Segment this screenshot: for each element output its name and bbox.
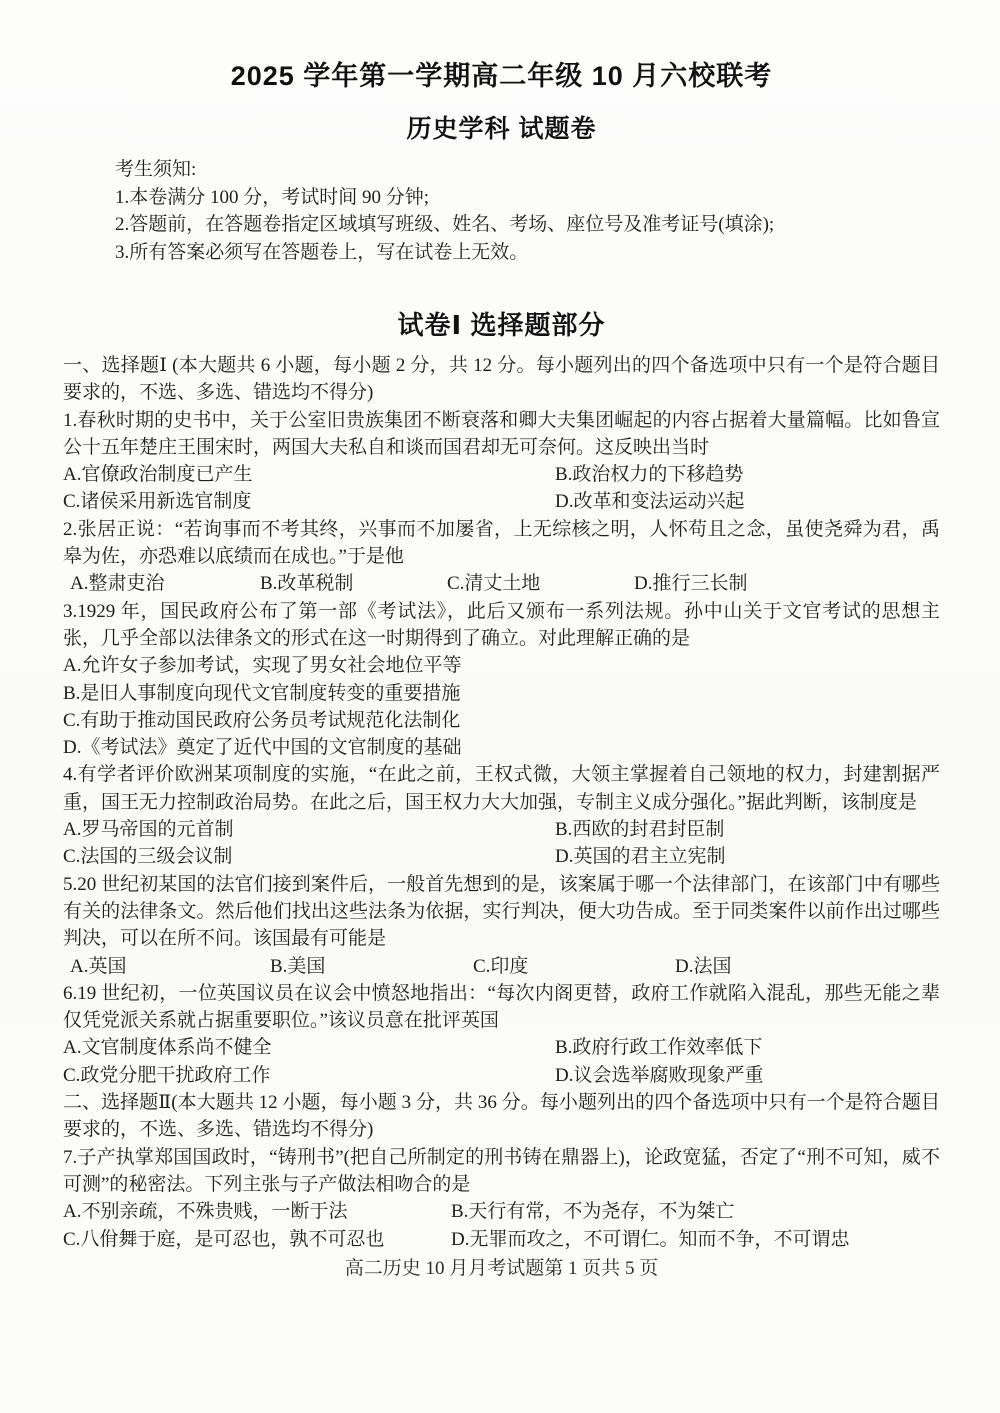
question-4-stem: 4.有学者评价欧洲某项制度的实施，“在此之前，王权式微，大领主掌握着自己领地的权… [63,761,940,816]
question-3-option-b: B.是旧人事制度向现代文官制度转变的重要措施 [63,680,940,707]
question-3-option-d: D.《考试法》奠定了近代中国的文官制度的基础 [63,734,940,761]
question-7: 7.子产执掌郑国国政时，“铸刑书”(把自己所制定的刑书铸在鼎器上)，论政宽猛，否… [63,1144,940,1253]
question-6-option-a: A.文官制度体系尚不健全 [63,1034,555,1061]
question-6-options-row-1: A.文官制度体系尚不健全 B.政府行政工作效率低下 [63,1034,940,1061]
question-1-options-row-2: C.诸侯采用新选官制度 D.改革和变法运动兴起 [63,488,940,515]
paper1-heading: 试卷Ⅰ 选择题部分 [63,310,940,340]
question-5-option-c: C.印度 [473,953,675,980]
question-5-option-a: A.英国 [70,953,270,980]
question-2-stem: 2.张居正说：“若询事而不考其终，兴事而不加屡省，上无综核之明，人怀苟且之念，虽… [63,516,940,571]
exam-sheet: 2025 学年第一学期高二年级 10 月六校联考 历史学科 试题卷 考生须知: … [0,0,1000,1413]
question-6: 6.19 世纪初，一位英国议员在议会中愤怒地指出：“每次内阁更替，政府工作就陷入… [63,980,940,1089]
question-5-options-row: A.英国 B.美国 C.印度 D.法国 [63,953,940,980]
question-7-options-row-2: C.八佾舞于庭，是可忍也，孰不可忍也 D.无罪而攻之，不可谓仁。知而不争，不可谓… [63,1226,940,1253]
question-7-stem: 7.子产执掌郑国国政时，“铸刑书”(把自己所制定的刑书铸在鼎器上)，论政宽猛，否… [63,1144,940,1199]
question-4-option-c: C.法国的三级会议制 [63,843,555,870]
question-7-option-b: B.天行有常，不为尧存，不为桀亡 [451,1198,940,1225]
question-4-option-d: D.英国的君主立宪制 [555,843,940,870]
exam-title: 2025 学年第一学期高二年级 10 月六校联考 [63,60,940,92]
question-5-option-b: B.美国 [270,953,473,980]
question-1-options-row-1: A.官僚政治制度已产生 B.政治权力的下移趋势 [63,461,940,488]
question-6-options-row-2: C.政党分肥干扰政府工作 D.议会选举腐败现象严重 [63,1062,940,1089]
question-4-options-row-2: C.法国的三级会议制 D.英国的君主立宪制 [63,843,940,870]
question-1-option-a: A.官僚政治制度已产生 [63,461,555,488]
question-5: 5.20 世纪初某国的法官们接到案件后，一般首先想到的是，该案属于哪一个法律部门… [63,871,940,980]
question-7-option-c: C.八佾舞于庭，是可忍也，孰不可忍也 [63,1226,451,1253]
question-3-option-c: C.有助于推动国民政府公务员考试规范化法制化 [63,707,940,734]
question-7-option-a: A.不别亲疏，不殊贵贱，一断于法 [63,1198,451,1225]
question-6-stem: 6.19 世纪初，一位英国议员在议会中愤怒地指出：“每次内阁更替，政府工作就陷入… [63,980,940,1035]
question-2: 2.张居正说：“若询事而不考其终，兴事而不加屡省，上无综核之明，人怀苟且之念，虽… [63,516,940,598]
question-3-stem: 3.1929 年，国民政府公布了第一部《考试法》，此后又颁布一系列法规。孙中山关… [63,598,940,653]
question-6-option-c: C.政党分肥干扰政府工作 [63,1062,555,1089]
question-2-option-a: A.整肃吏治 [70,570,260,597]
notice-item-2: 2.答题前，在答题卷指定区域填写班级、姓名、考场、座位号及准考证号(填涂); [115,211,940,239]
question-7-option-d: D.无罪而攻之，不可谓仁。知而不争，不可谓忠 [451,1226,940,1253]
question-5-option-d: D.法国 [675,953,940,980]
question-6-option-b: B.政府行政工作效率低下 [555,1034,940,1061]
notices-label: 考生须知: [115,156,940,184]
question-2-option-d: D.推行三长制 [634,570,940,597]
exam-page: { "header": { "title": "2025 学年第一学期高二年级 … [0,0,1000,1413]
section2-intro: 二、选择题Ⅱ(本大题共 12 小题，每小题 3 分，共 36 分。每小题列出的四… [63,1089,940,1144]
question-4: 4.有学者评价欧洲某项制度的实施，“在此之前，王权式微，大领主掌握着自己领地的权… [63,761,940,870]
paper-body: 一、选择题Ⅰ (本大题共 6 小题，每小题 2 分，共 12 分。每小题列出的四… [63,352,940,1253]
candidate-notices: 考生须知: 1.本卷满分 100 分，考试时间 90 分钟; 2.答题前，在答题… [115,156,940,266]
question-2-options-row: A.整肃吏治 B.改革税制 C.清丈土地 D.推行三长制 [63,570,940,597]
question-6-option-d: D.议会选举腐败现象严重 [555,1062,940,1089]
question-3-option-a: A.允许女子参加考试，实现了男女社会地位平等 [63,652,940,679]
question-2-option-b: B.改革税制 [260,570,447,597]
question-1-option-b: B.政治权力的下移趋势 [555,461,940,488]
notice-item-1: 1.本卷满分 100 分，考试时间 90 分钟; [115,184,940,212]
question-4-option-b: B.西欧的封君封臣制 [555,816,940,843]
question-2-option-c: C.清丈土地 [447,570,634,597]
question-5-stem: 5.20 世纪初某国的法官们接到案件后，一般首先想到的是，该案属于哪一个法律部门… [63,871,940,953]
page-footer: 高二历史 10 月月考试题第 1 页共 5 页 [63,1255,940,1282]
notice-item-3: 3.所有答案必须写在答题卷上，写在试卷上无效。 [115,239,940,267]
section1-intro: 一、选择题Ⅰ (本大题共 6 小题，每小题 2 分，共 12 分。每小题列出的四… [63,352,940,407]
question-3: 3.1929 年，国民政府公布了第一部《考试法》，此后又颁布一系列法规。孙中山关… [63,598,940,762]
question-7-options-row-1: A.不别亲疏，不殊贵贱，一断于法 B.天行有常，不为尧存，不为桀亡 [63,1198,940,1225]
question-1: 1.春秋时期的史书中，关于公室旧贵族集团不断衰落和卿大夫集团崛起的内容占据着大量… [63,407,940,516]
exam-subtitle: 历史学科 试题卷 [63,114,940,144]
question-4-options-row-1: A.罗马帝国的元首制 B.西欧的封君封臣制 [63,816,940,843]
question-1-option-c: C.诸侯采用新选官制度 [63,488,555,515]
question-1-option-d: D.改革和变法运动兴起 [555,488,940,515]
question-1-stem: 1.春秋时期的史书中，关于公室旧贵族集团不断衰落和卿大夫集团崛起的内容占据着大量… [63,407,940,462]
question-4-option-a: A.罗马帝国的元首制 [63,816,555,843]
